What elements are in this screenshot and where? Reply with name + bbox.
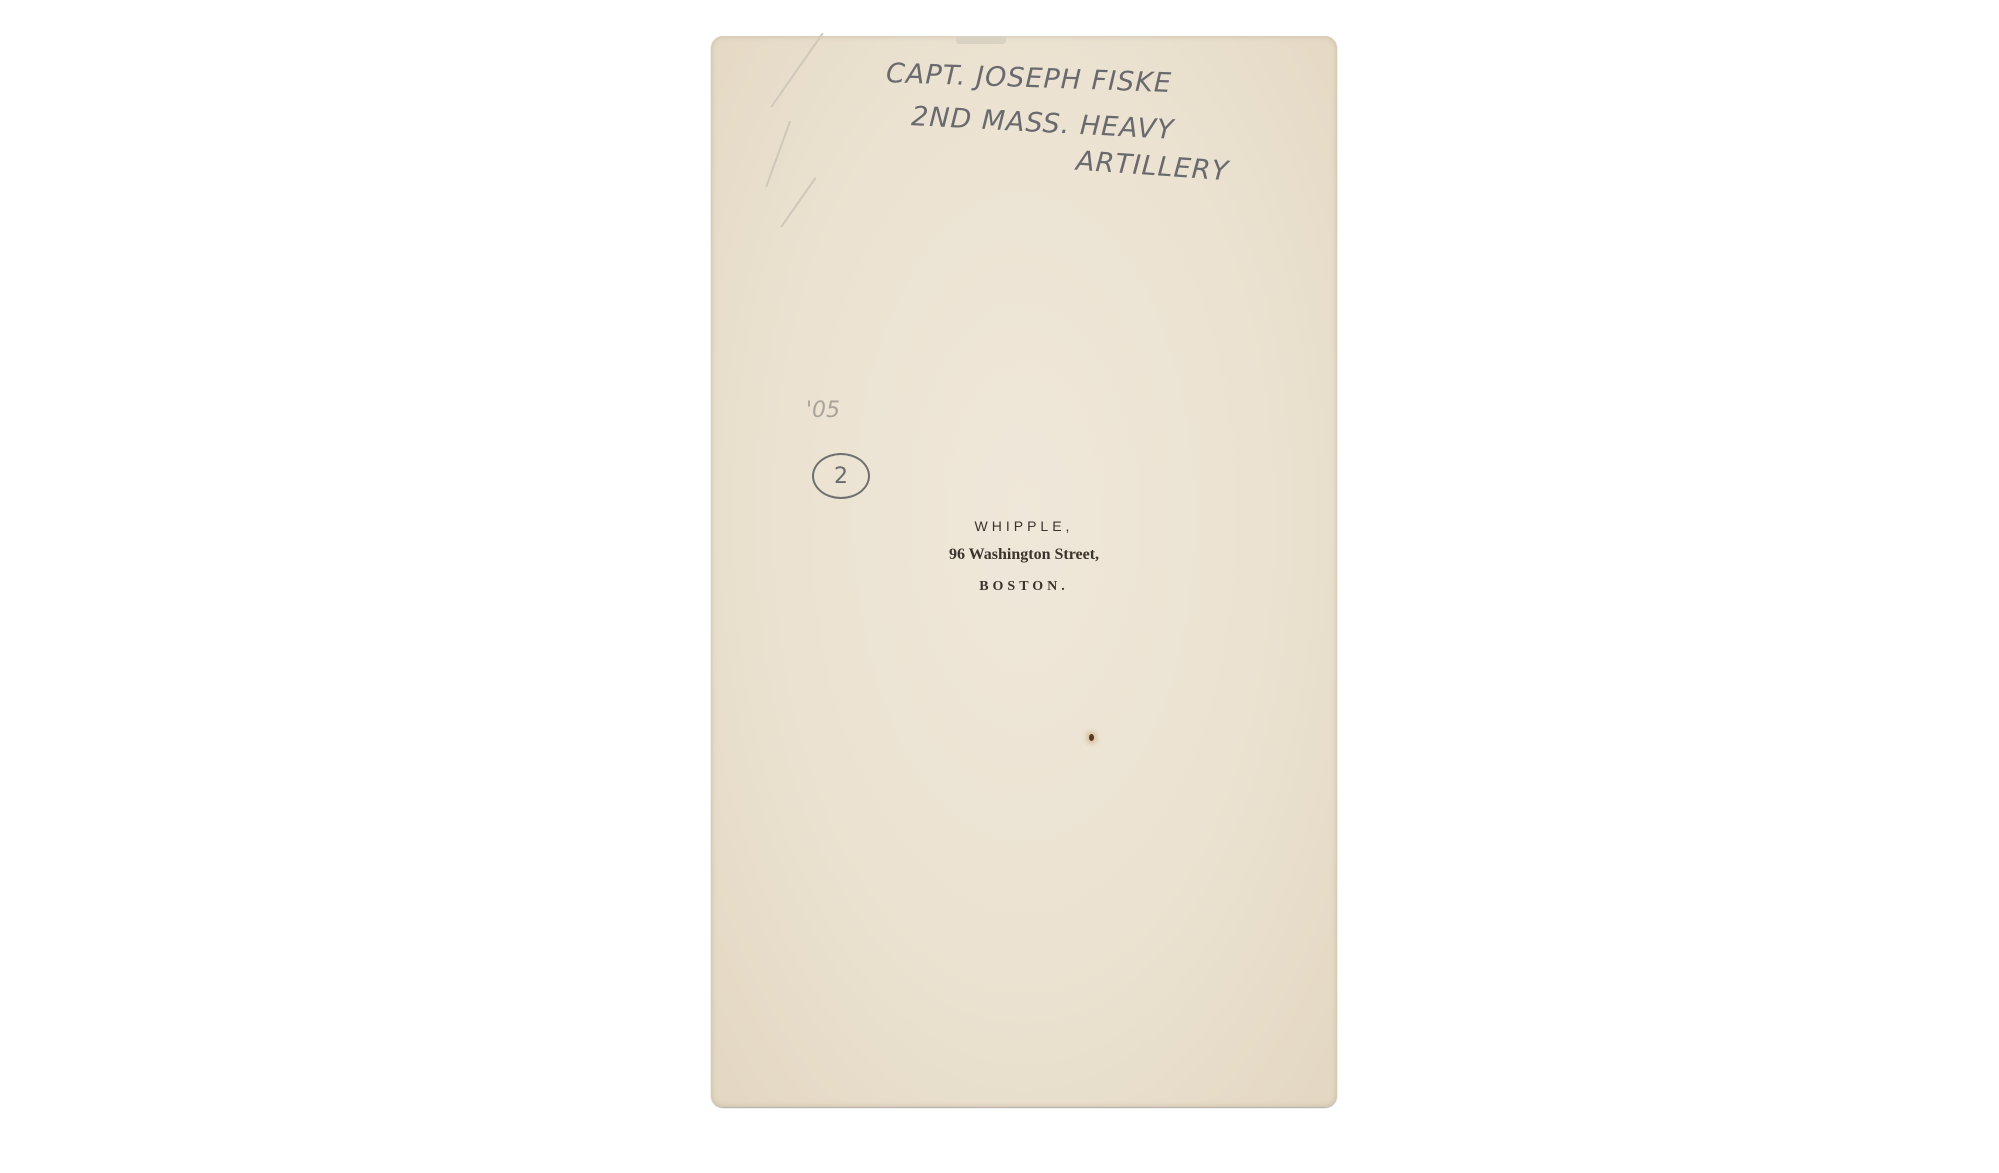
handwritten-branch: ARTILLERY [1075, 146, 1230, 188]
circled-number: 2 [812, 453, 870, 499]
stain-spot [1089, 734, 1094, 741]
card-edge-tab [956, 36, 1006, 44]
handwritten-year: '05 [806, 398, 840, 423]
circled-number-text: 2 [834, 464, 848, 489]
studio-address: 96 Washington Street, [711, 546, 1337, 564]
faint-pencil-mark [770, 33, 823, 108]
studio-city: BOSTON. [711, 579, 1337, 595]
handwritten-name: CAPT. JOSEPH FISKE [886, 58, 1173, 99]
studio-name: WHIPPLE, [711, 518, 1337, 534]
faint-pencil-mark [780, 177, 816, 227]
handwritten-unit: 2ND MASS. HEAVY [910, 101, 1175, 146]
photo-card-back: CAPT. JOSEPH FISKE 2ND MASS. HEAVY ARTIL… [711, 36, 1337, 1107]
faint-pencil-mark [765, 121, 790, 187]
